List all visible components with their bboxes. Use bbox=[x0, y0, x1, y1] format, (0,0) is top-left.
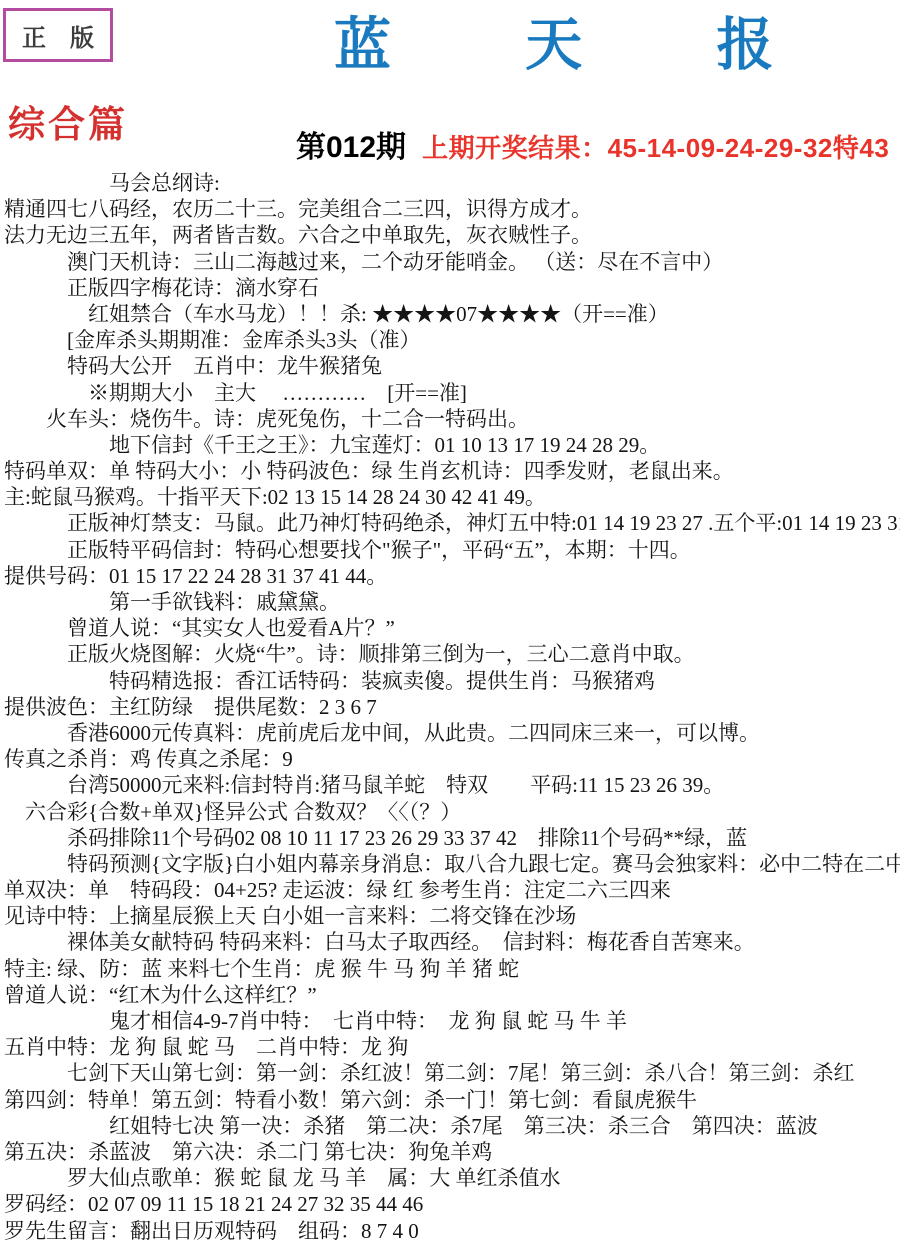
body-line: 正版特平码信封：特码心想要找个"猴子"，平码“五”，本期：十四。 bbox=[0, 537, 900, 563]
body-line: 七剑下天山第七剑：第一剑：杀红波！第二剑：7尾！第三剑：杀八合！第三剑：杀红 bbox=[0, 1060, 900, 1086]
section-title: 综合篇 bbox=[8, 94, 128, 148]
body-line: 鬼才相信4-9-7肖中特： 七肖中特： 龙 狗 鼠 蛇 马 牛 羊 bbox=[0, 1008, 900, 1034]
body-line: 香港6000元传真料：虎前虎后龙中间，从此贵。二四同床三来一，可以博。 bbox=[0, 720, 900, 746]
body-line: 澳门天机诗：三山二海越过来，二个动牙能哨金。 （送：尽在不言中） bbox=[0, 249, 900, 275]
body-line: 六合彩{合数+单双}怪异公式 合数双？〈〈（？） bbox=[0, 799, 900, 825]
body-line: 杀码排除11个号码02 08 10 11 17 23 26 29 33 37 4… bbox=[0, 825, 900, 851]
body-line: 特码单双：单 特码大小：小 特码波色：绿 生肖玄机诗：四季发财，老鼠出来。 bbox=[0, 458, 900, 484]
body-line: ※期期大小 主大 ………… [开==准] bbox=[0, 380, 900, 406]
body-line: 主:蛇鼠马猴鸡。十指平天下:02 13 15 14 28 24 30 42 41… bbox=[0, 484, 900, 510]
body-line: 单双决：单 特码段：04+25? 走运波：绿 红 参考生肖：注定二六三四来 bbox=[0, 877, 900, 903]
issue-number: 第012期 bbox=[296, 122, 406, 166]
body-line: 台湾50000元来料:信封特肖:猪马鼠羊蛇 特双 平码:11 15 23 26 … bbox=[0, 772, 900, 798]
body-line: 红姐禁合（车水马龙）！！杀: ★★★★07★★★★（开==准） bbox=[0, 301, 900, 327]
body-line: 特码大公开 五肖中：龙牛猴猪兔 bbox=[0, 353, 900, 379]
page-header: 正 版 蓝 天 报 综合篇 第012期 上期开奖结果：45-14-09-24-2… bbox=[0, 0, 900, 168]
body-line: 曾道人说：“红木为什么这样红？” bbox=[0, 982, 900, 1008]
body-line: 正版火烧图解：火烧“牛”。诗：顺排第三倒为一，三心二意肖中取。 bbox=[0, 641, 900, 667]
authentic-stamp-badge: 正 版 bbox=[3, 8, 113, 62]
body-line: 特码预测{文字版}白小姐内幕亲身消息：取八合九跟七定。赛马会独家料：必中二特在二… bbox=[0, 851, 900, 877]
body-line: 裸体美女献特码 特码来料：白马太子取西经。 信封料：梅花香自苦寒来。 bbox=[0, 929, 900, 955]
body-line: 特码精选报：香江话特码：装疯卖傻。提供生肖：马猴猪鸡 bbox=[0, 668, 900, 694]
body-line: 特主: 绿、防：蓝 来料七个生肖：虎 猴 牛 马 狗 羊 猪 蛇 bbox=[0, 956, 900, 982]
body-line: 红姐特七决 第一决：杀猪 第二决：杀7尾 第三决：杀三合 第四决：蓝波 bbox=[0, 1113, 900, 1139]
body-line: 罗码经：02 07 09 11 15 18 21 24 27 32 35 44 … bbox=[0, 1191, 900, 1217]
body-line: 罗先生留言：翻出日历观特码 组码：8 7 4 0 bbox=[0, 1218, 900, 1244]
page-title: 蓝 天 报 bbox=[334, 16, 834, 76]
body-line: 第五决：杀蓝波 第六决：杀二门 第七决：狗兔羊鸡 bbox=[0, 1139, 900, 1165]
authentic-stamp-label: 正 版 bbox=[22, 18, 94, 53]
body-line: 罗大仙点歌单：猴 蛇 鼠 龙 马 羊 属：大 单红杀值水 bbox=[0, 1165, 900, 1191]
body-line: 曾道人说：“其实女人也爱看A片？” bbox=[0, 615, 900, 641]
body-line: 第一手欲钱料：戚黛黛。 bbox=[0, 589, 900, 615]
body-line: 精通四七八码经，农历二十三。完美组合二三四，识得方成才。 bbox=[0, 196, 900, 222]
body-line: 火车头：烧伤牛。诗：虎死兔伤，十二合一特码出。 bbox=[0, 406, 900, 432]
body-line: 马会总纲诗: bbox=[0, 170, 900, 196]
body-line: 法力无边三五年，两者皆吉数。六合之中单取先，灰衣贼性子。 bbox=[0, 222, 900, 248]
body-line: 提供波色：主红防绿 提供尾数：2 3 6 7 bbox=[0, 694, 900, 720]
body-line: 第四剑：特单！第五剑：特看小数！第六剑：杀一门！第七剑：看鼠虎猴牛 bbox=[0, 1087, 900, 1113]
body-lines: 马会总纲诗:精通四七八码经，农历二十三。完美组合二三四，识得方成才。法力无边三五… bbox=[0, 168, 900, 1244]
last-draw-result: 上期开奖结果：45-14-09-24-29-32特43 bbox=[422, 128, 889, 165]
body-line: 提供号码：01 15 17 22 24 28 31 37 41 44。 bbox=[0, 563, 900, 589]
issue-row: 第012期 上期开奖结果：45-14-09-24-29-32特43 bbox=[296, 122, 889, 166]
body-line: 正版神灯禁支：马鼠。此乃神灯特码绝杀，神灯五中特:01 14 19 23 27 … bbox=[0, 510, 900, 536]
newspaper-page: 正 版 蓝 天 报 综合篇 第012期 上期开奖结果：45-14-09-24-2… bbox=[0, 0, 900, 1245]
body-line: 传真之杀肖：鸡 传真之杀尾：9 bbox=[0, 746, 900, 772]
body-line: 地下信封《千王之王》：九宝莲灯：01 10 13 17 19 24 28 29。 bbox=[0, 432, 900, 458]
body-line: [金库杀头期期准：金库杀头3头（准） bbox=[0, 327, 900, 353]
body-line: 见诗中特：上摘星辰猴上天 白小姐一言来料：二将交锋在沙场 bbox=[0, 903, 900, 929]
body-line: 正版四字梅花诗：滴水穿石 bbox=[0, 275, 900, 301]
body-line: 五肖中特：龙 狗 鼠 蛇 马 二肖中特：龙 狗 bbox=[0, 1034, 900, 1060]
